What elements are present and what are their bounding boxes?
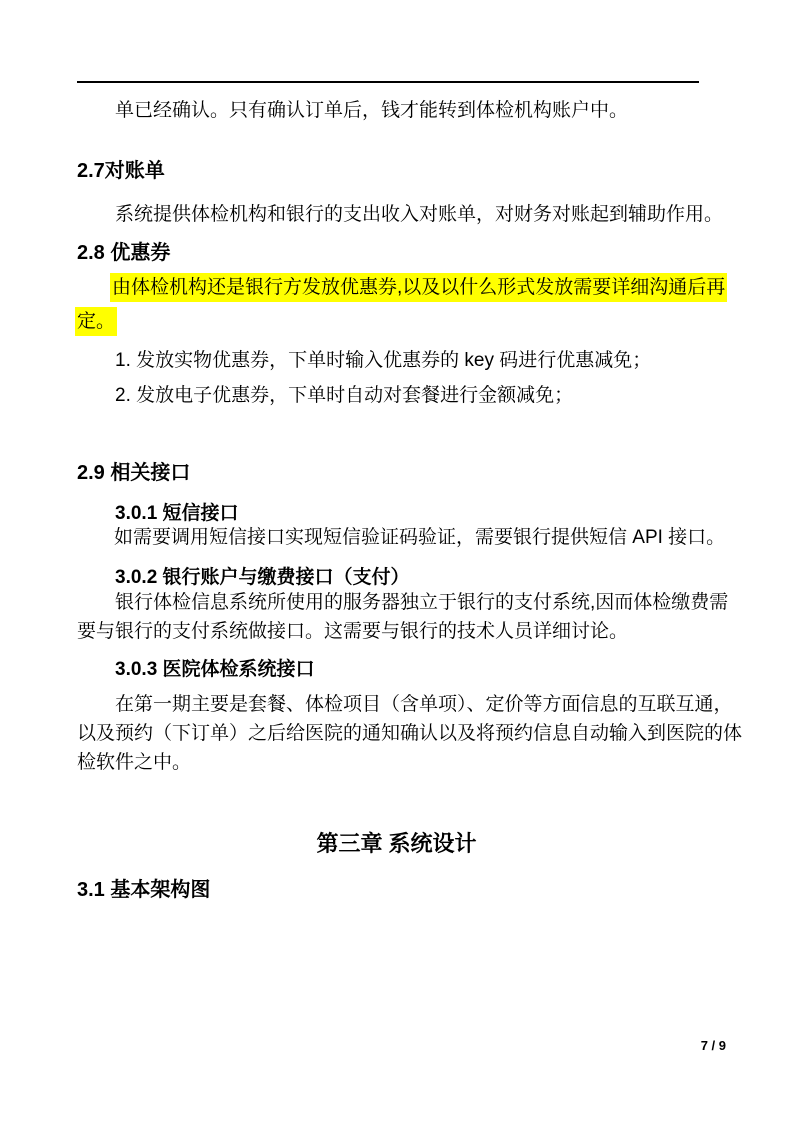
paragraph-2-7: 系统提供体检机构和银行的支出收入对账单，对财务对账起到辅助作用。 [115,200,723,229]
heading-2-7: 2.7对账单 [77,158,165,185]
list-item-1: 1. 发放实物优惠券，下单时输入优惠券的 key 码进行优惠减免； [115,346,651,375]
paragraph-3-0-3-line-1: 在第一期主要是套餐、体检项目（含单项）、定价等方面信息的互联互通， [115,690,733,719]
chapter-title: 第三章 系统设计 [0,829,793,859]
header-rule [77,81,699,83]
paragraph-3-0-2-line-1: 银行体检信息系统所使用的服务器独立于银行的支付系统,因而体检缴费需 [115,588,728,617]
highlighted-note-line-1: 由体检机构还是银行方发放优惠券,以及以什么形式发放需要详细沟通后再 [110,273,727,302]
document-page: 单已经确认。只有确认订单后，钱才能转到体检机构账户中。 2.7对账单 系统提供体… [0,0,793,1122]
highlighted-note-line-2: 定。 [75,307,117,336]
paragraph-continued: 单已经确认。只有确认订单后，钱才能转到体检机构账户中。 [115,96,628,125]
paragraph-3-0-3-line-3: 检软件之中。 [77,748,191,777]
heading-3-0-3: 3.0.3 医院体检系统接口 [115,657,315,683]
paragraph-3-0-2-line-2: 要与银行的支付系统做接口。这需要与银行的技术人员详细讨论。 [77,617,628,646]
paragraph-3-0-3-line-2: 以及预约（下订单）之后给医院的通知确认以及将预约信息自动输入到医院的体 [77,719,742,748]
list-item-2: 2. 发放电子优惠券，下单时自动对套餐进行金额减免； [115,381,573,410]
heading-2-8: 2.8 优惠券 [77,240,170,267]
paragraph-3-0-1: 如需要调用短信接口实现短信验证码验证，需要银行提供短信 API 接口。 [114,523,725,552]
heading-2-9: 2.9 相关接口 [77,460,190,487]
heading-3-1: 3.1 基本架构图 [77,877,210,904]
page-number: 7 / 9 [701,1038,726,1054]
